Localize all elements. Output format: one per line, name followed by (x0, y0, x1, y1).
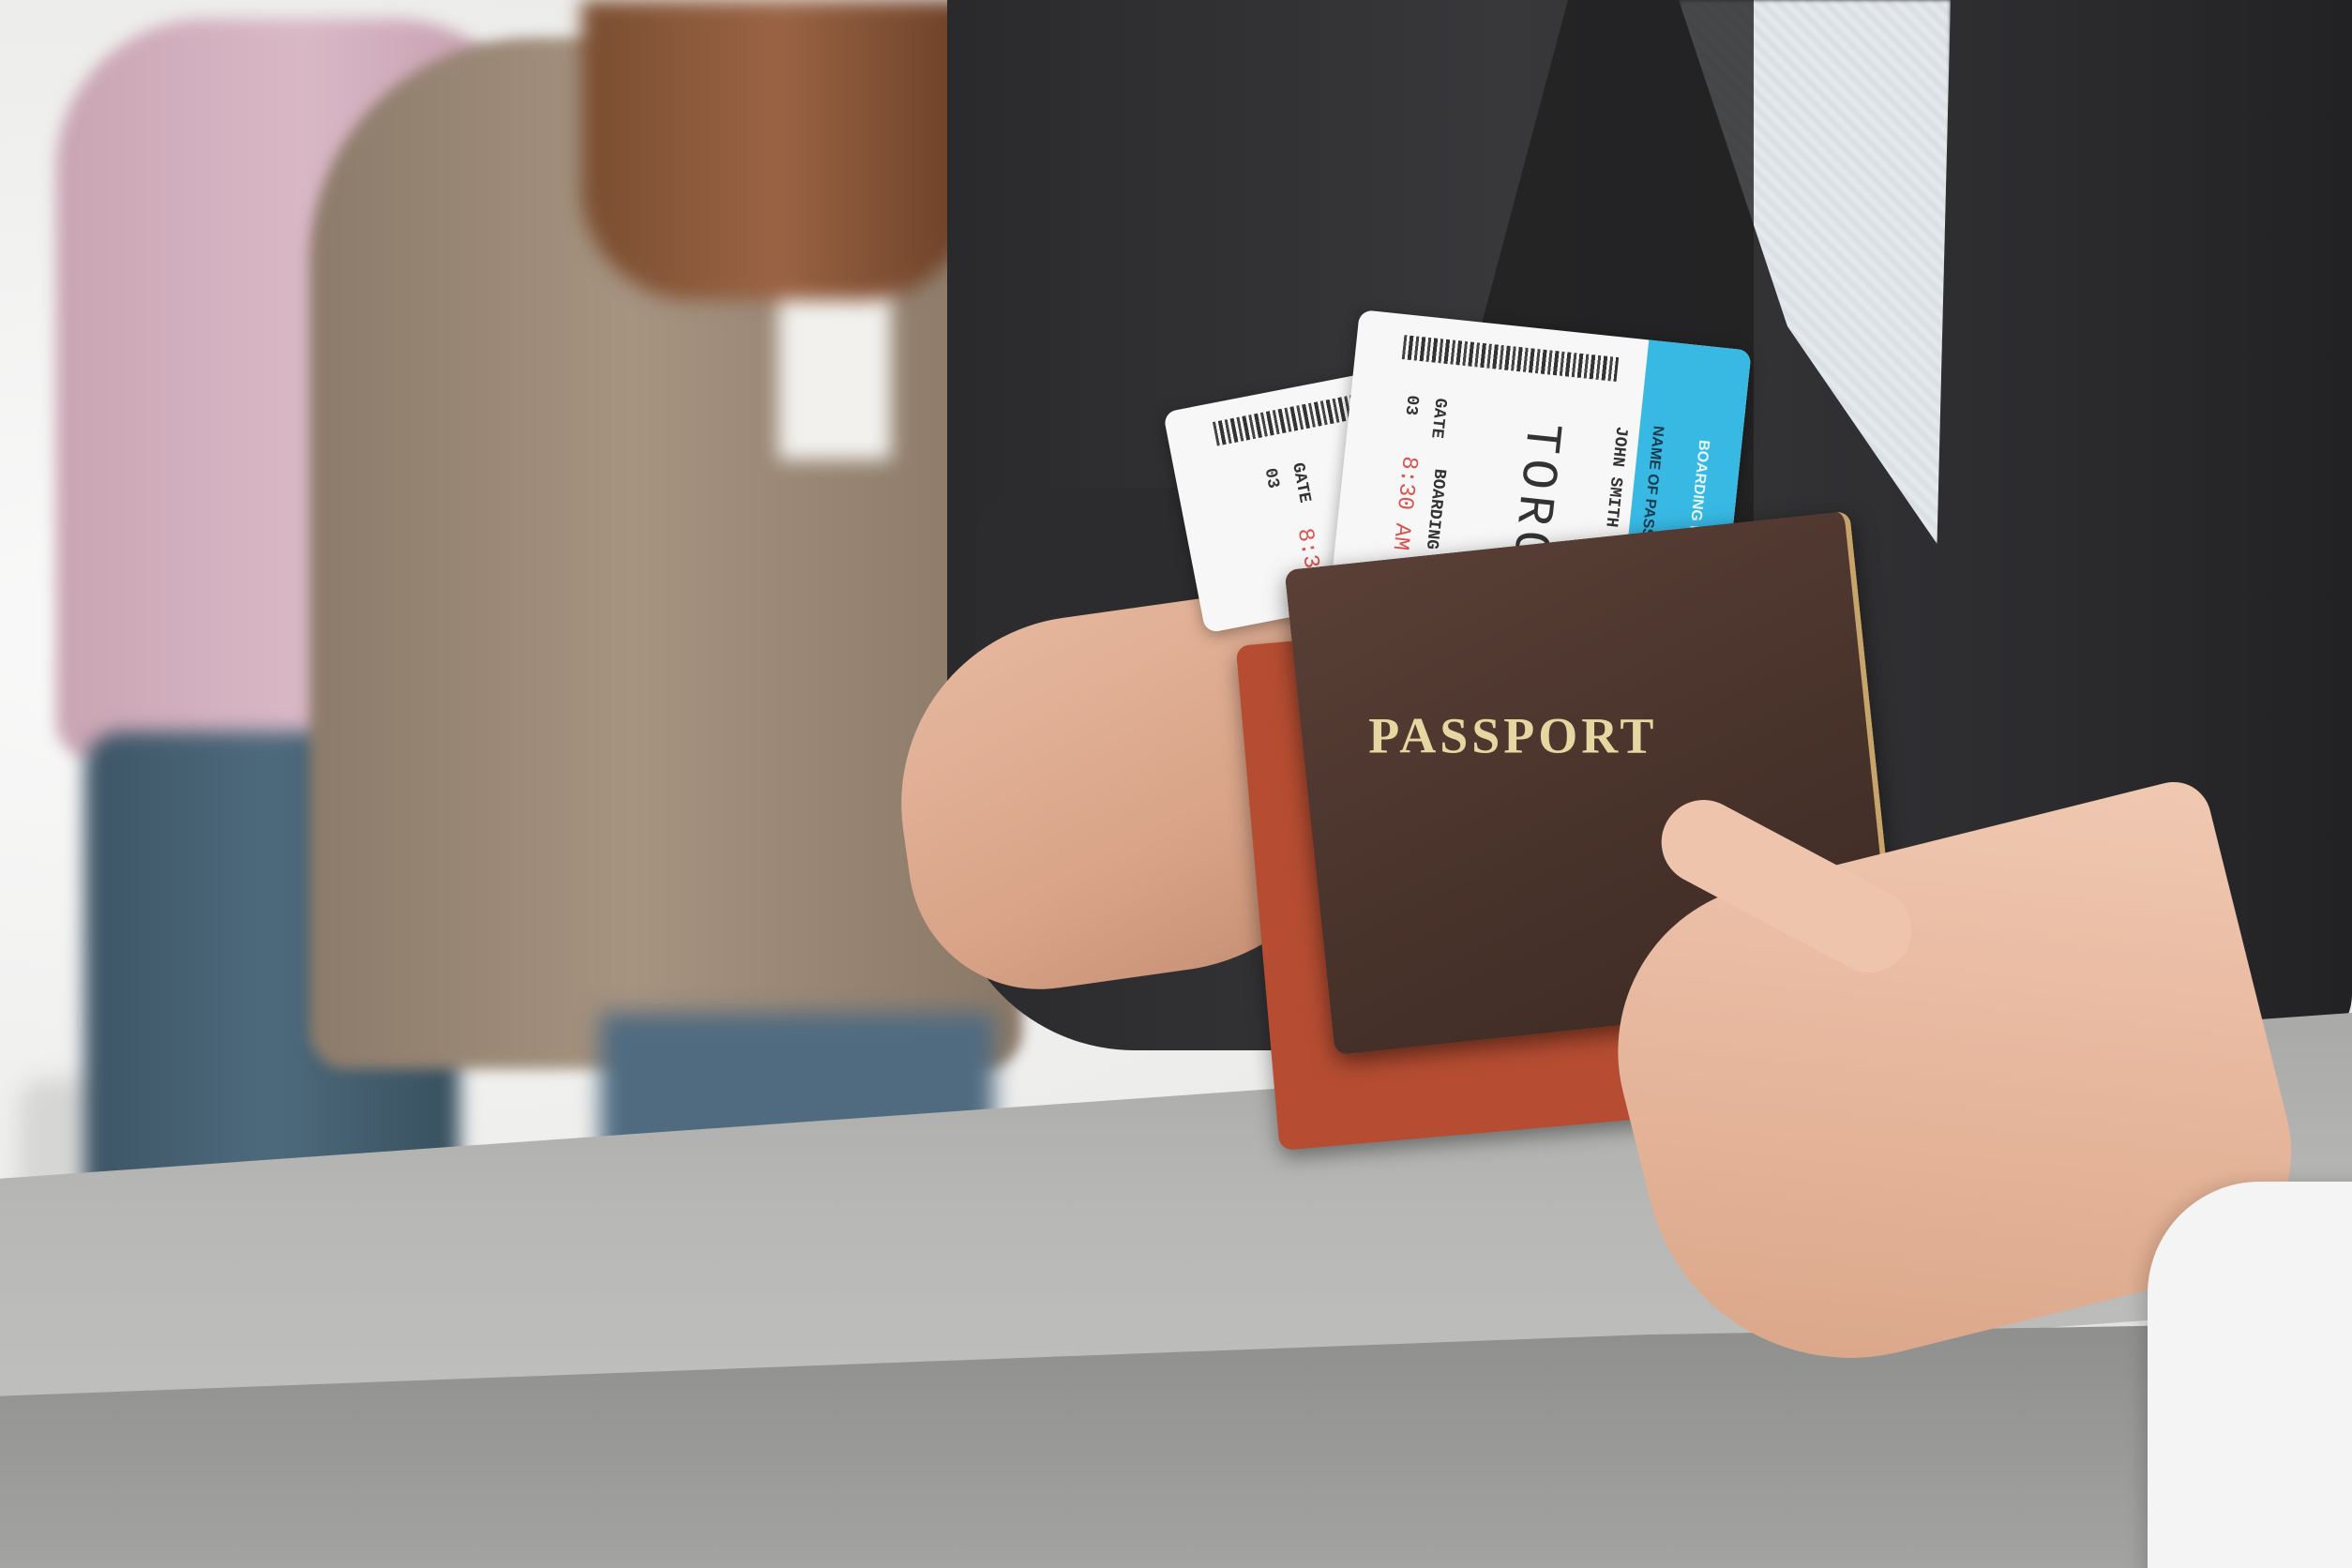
passport-cover-text: PASSPORT (1368, 707, 1657, 765)
barcode (1402, 335, 1619, 382)
passenger-name: JOHN SMITH (1601, 426, 1630, 529)
gate-label: GATE (1288, 461, 1314, 505)
boarding-time-value: 8:30 AM (1386, 455, 1421, 551)
gate-label: GATE (1426, 397, 1449, 439)
gate-value: 03 (1401, 394, 1422, 416)
traveler-hair (581, 0, 975, 300)
gate-value: 03 (1260, 467, 1283, 490)
agent-white-sleeve (2148, 1182, 2352, 1568)
